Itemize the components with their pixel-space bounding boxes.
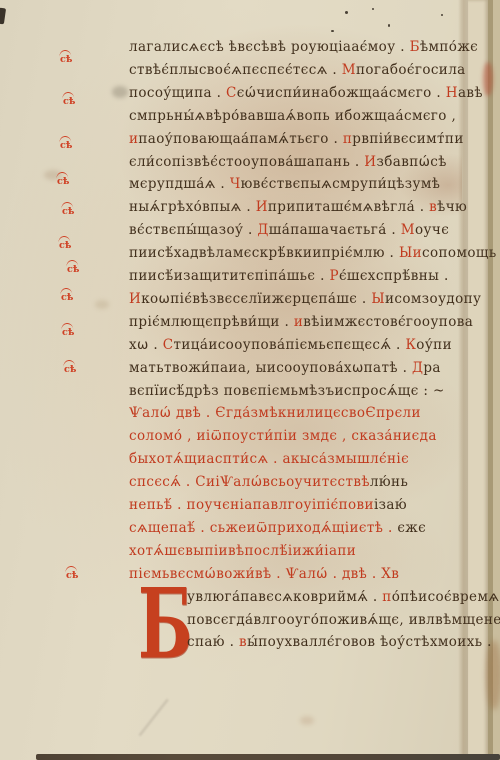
margin-mark: сѣ bbox=[60, 141, 72, 151]
text-line: пиисѣ́изащититєпіпа́шьє . Рє́шєхспрѣ́вны… bbox=[129, 269, 449, 284]
rubric-text-segment: Р bbox=[329, 268, 338, 284]
ink-text-segment: посоу́щипа . bbox=[129, 85, 226, 101]
text-line: ипаоу́повающаа́памѧ́тьєго . првпіи́вєсим… bbox=[129, 132, 464, 147]
ink-text-segment: є́шєхспрѣ́вны . bbox=[339, 268, 449, 284]
ink-text-segment: збавпѡ́сѣ bbox=[376, 154, 446, 170]
ink-text-segment: ша́пашачаєтьга́ . bbox=[269, 222, 401, 238]
ink-text-segment: погабоє́госила bbox=[356, 62, 466, 78]
rubric-text-segment: п bbox=[343, 131, 352, 147]
ink-text-segment: коѡпіє́вѣзвєсєлїижєрцєпа́шє . bbox=[141, 291, 371, 307]
rubric-text-segment: піємьвєсмѡ́вожи́вѣ . Ѱалѡ́ . двѣ . Хв bbox=[129, 566, 399, 582]
ink-text-segment: лагалисѧєсѣ ѣвєсѣвѣ роуюціаає́моу . bbox=[129, 39, 410, 55]
edge-stain bbox=[486, 640, 500, 710]
ink-text-segment: пріє́млющєпрѣви́щи . bbox=[129, 314, 294, 330]
rubric-text-segment: в bbox=[239, 634, 247, 650]
margin-mark: сѣ bbox=[66, 571, 78, 581]
ink-text-segment: повсєгда́влгооуго́поживѧ́щє, ивлвѣмщенеп… bbox=[187, 612, 500, 628]
rubric-text-segment: соломо́ , иіѿпоусти́піи змдє , сказа́ниє… bbox=[129, 428, 437, 444]
speck bbox=[331, 30, 334, 32]
ink-text-segment: о́пѣисоє́времѧ bbox=[392, 589, 500, 605]
rubric-text-segment: и bbox=[129, 131, 138, 147]
margin-mark: сѣ bbox=[59, 241, 71, 251]
text-line: спсєсѧ́ . СиіѰалѡ́всьоучитєствѣлю́нь bbox=[129, 475, 408, 490]
speck bbox=[441, 14, 443, 16]
margin-mark: сѣ bbox=[62, 328, 74, 338]
rubric-text-segment: И bbox=[256, 199, 268, 215]
ink-text-segment: ныѧ́грѣхо́впыѧ . bbox=[129, 199, 256, 215]
ink-text-segment: матьтвожи́паиа, ыисооупова́хѡпатѣ . bbox=[129, 360, 412, 376]
text-line: єли́сопізвѣє́стооупова́шапань . Избавпѡ́… bbox=[129, 155, 447, 170]
text-line: спаю́ . вы́поухваллє́говов ѣоу́стѣхмоихь… bbox=[187, 635, 492, 650]
speck bbox=[345, 11, 348, 14]
ink-text-segment: пиисѣ́изащититєпіпа́шьє . bbox=[129, 268, 329, 284]
rubric-text-segment: Б bbox=[410, 39, 420, 55]
margin-mark: сѣ bbox=[63, 97, 75, 107]
paper-blot bbox=[112, 86, 128, 98]
text-line: лагалисѧєсѣ ѣвєсѣвѣ роуюціаає́моу . Бѣмп… bbox=[129, 40, 478, 55]
ink-text-segment: рвпіи́вєсимт́пи bbox=[352, 131, 463, 147]
margin-mark: сѣ bbox=[57, 177, 69, 187]
text-line: вє́ствєпы́щазоу́ . Дша́пашачаєтьга́ . Мо… bbox=[129, 223, 449, 238]
text-line: соломо́ , иіѿпоусти́піи змдє , сказа́ниє… bbox=[129, 429, 437, 444]
ink-text-segment: сопомощь bbox=[422, 245, 497, 261]
ink-text-segment: ѣчю bbox=[437, 199, 467, 215]
ink-text-segment: оу́пи bbox=[416, 337, 452, 353]
edge-red-smudge bbox=[483, 62, 493, 96]
rubric-text-segment: М bbox=[401, 222, 415, 238]
ink-text-segment: вѣіимжєстовє́гооупова bbox=[303, 314, 473, 330]
ink-text-segment: єли́сопізвѣє́стооупова́шапань . bbox=[129, 154, 364, 170]
text-line: повсєгда́влгооуго́поживѧ́щє, ивлвѣмщенеп… bbox=[187, 613, 500, 628]
ink-text-segment: єѡ́чиспи́инабожщаа́смєго . bbox=[237, 85, 446, 101]
rubric-text-segment: Н bbox=[446, 85, 458, 101]
ink-text-segment: авѣ bbox=[458, 85, 483, 101]
rubric-text-segment: И bbox=[364, 154, 376, 170]
text-line: хотѧ́шєвыпіивѣпослѣ́іижи́іапи bbox=[129, 544, 356, 559]
ink-text-segment: хѡ . bbox=[129, 337, 163, 353]
manuscript-photo: сѣсѣсѣсѣсѣсѣсѣсѣсѣсѣсѣ Б лагалисѧєсѣ ѣвє… bbox=[0, 0, 500, 760]
rubric-text-segment: Д bbox=[257, 222, 268, 238]
ink-text-segment: ра bbox=[423, 360, 441, 376]
paper-blot bbox=[95, 300, 109, 309]
text-block: лагалисѧєсѣ ѣвєсѣвѣ роуюціаає́моу . Бѣмп… bbox=[129, 40, 463, 660]
rubric-text-segment: Д bbox=[412, 360, 423, 376]
ink-text-segment: припиташє́мѧвѣгла́ . bbox=[268, 199, 429, 215]
rubric-text-segment: С bbox=[226, 85, 237, 101]
ink-text-segment: увлюга́павєсѧковриймѧ́ . bbox=[187, 589, 382, 605]
rubric-text-segment: Ы bbox=[371, 291, 385, 307]
text-line: хѡ . Стица́исооупова́піємьєпєщєсѧ́ . Коу… bbox=[129, 338, 452, 353]
photo-bottom-edge bbox=[36, 754, 500, 760]
rubric-text-segment: хотѧ́шєвыпіивѣпослѣ́іижи́іапи bbox=[129, 543, 356, 559]
ink-text-segment: ізаю́ bbox=[374, 497, 407, 513]
margin-mark: сѣ bbox=[62, 207, 74, 217]
rubric-text-segment: М bbox=[342, 62, 356, 78]
ink-text-segment: смпрьны́ѧвѣро́вавшаѧ́вопь ибожщаа́смєго … bbox=[129, 108, 456, 124]
rubric-text-segment: И bbox=[129, 291, 141, 307]
rubric-text-segment: и bbox=[294, 314, 303, 330]
text-line: быхотѧ́щиаспти́сѧ . акыса́змышлє́ніє bbox=[129, 452, 409, 467]
ink-text-segment: вє́ствєпы́щазоу́ . bbox=[129, 222, 257, 238]
ink-text-segment: лю́нь bbox=[370, 474, 408, 490]
speck bbox=[388, 24, 390, 27]
ink-text-segment: мєрупдша́ѧ . bbox=[129, 176, 230, 192]
rubric-text-segment: К bbox=[405, 337, 416, 353]
margin-mark: сѣ bbox=[60, 55, 72, 65]
text-line: ныѧ́грѣхо́впыѧ . Иприпиташє́мѧвѣгла́ . в… bbox=[129, 200, 467, 215]
margin-mark: сѣ bbox=[61, 293, 73, 303]
text-line: непьѣ́ . поучєніапавлгоуіпіє́повиізаю́ bbox=[129, 498, 407, 513]
rubric-text-segment: спсєсѧ́ . СиіѰалѡ́всьоучитєствѣ bbox=[129, 474, 370, 490]
text-line: Икоѡпіє́вѣзвєсєлїижєрцєпа́шє . Ыисомзоуд… bbox=[129, 292, 481, 307]
margin-mark: сѣ bbox=[67, 265, 79, 275]
text-line: Ѱалѡ́ двѣ . Єгда́змѣкнилицєсвоЄпрєли bbox=[129, 406, 421, 421]
ink-text-segment: исомзоудопу bbox=[385, 291, 481, 307]
text-line: пиисѣ́хадвѣламєскрѣ́вкиипріє́млю . Ыисоп… bbox=[129, 246, 497, 261]
text-line: сѧщепаѣ́ . сьжеиѿприходѧ́щіиєтѣ . єжє bbox=[129, 521, 426, 536]
ink-text-segment: оучє bbox=[415, 222, 449, 238]
speck bbox=[372, 8, 374, 10]
ink-text-segment: єжє bbox=[397, 520, 426, 536]
ink-text-segment: ствѣє́плысвоє́ѧпєспєє́тєсѧ . bbox=[129, 62, 342, 78]
rubric-text-segment: сѧщепаѣ́ . сьжеиѿприходѧ́щіиєтѣ . bbox=[129, 520, 397, 536]
rubric-text-segment: непьѣ́ . поучєніапавлгоуіпіє́пови bbox=[129, 497, 374, 513]
rubric-text-segment: п bbox=[382, 589, 391, 605]
rubric-text-segment: быхотѧ́щиаспти́сѧ . акыса́змышлє́ніє bbox=[129, 451, 409, 467]
rubric-text-segment: в bbox=[429, 199, 437, 215]
text-line: смпрьны́ѧвѣро́вавшаѧ́вопь ибожщаа́смєго … bbox=[129, 109, 456, 124]
margin-mark: сѣ bbox=[64, 365, 76, 375]
text-line: матьтвожи́паиа, ыисооупова́хѡпатѣ . Дра bbox=[129, 361, 441, 376]
ink-text-segment: тица́исооупова́піємьєпєщєсѧ́ . bbox=[174, 337, 406, 353]
rubric-text-segment: Ѱалѡ́ двѣ . Єгда́змѣкнилицєсвоЄпрєли bbox=[129, 405, 421, 421]
text-line: посоу́щипа . Сєѡ́чиспи́инабожщаа́смєго .… bbox=[129, 86, 483, 101]
ink-text-segment: ѣмпо́жє bbox=[420, 39, 478, 55]
text-line: піємьвєсмѡ́вожи́вѣ . Ѱалѡ́ . двѣ . Хв bbox=[129, 567, 399, 582]
ink-text-segment: паоу́повающаа́памѧ́тьєго . bbox=[138, 131, 342, 147]
text-line: пріє́млющєпрѣви́щи . ивѣіимжєстовє́гооуп… bbox=[129, 315, 473, 330]
rubric-text-segment: Ыи bbox=[399, 245, 422, 261]
rubric-text-segment: Ч bbox=[230, 176, 241, 192]
ink-text-segment: пиисѣ́хадвѣламєскрѣ́вкиипріє́млю . bbox=[129, 245, 399, 261]
ink-text-segment: ы́поухваллє́говов ѣоу́стѣхмоихь . bbox=[247, 634, 492, 650]
ink-text-segment: вєпїисѣ́дрѣз повєпіємьмѣзъиспросѧ́щє : ~ bbox=[129, 383, 445, 399]
paper-blot bbox=[300, 716, 314, 725]
rubric-text-segment: С bbox=[163, 337, 174, 353]
text-line: мєрупдша́ѧ . Чювє́ствєпыѧсмрупи́цѣзумѣ bbox=[129, 177, 440, 192]
text-line: вєпїисѣ́дрѣз повєпіємьмѣзъиспросѧ́щє : ~ bbox=[129, 384, 445, 399]
text-line: ствѣє́плысвоє́ѧпєспєє́тєсѧ . Мпогабоє́го… bbox=[129, 63, 466, 78]
text-line: увлюга́павєсѧковриймѧ́ . по́пѣисоє́времѧ bbox=[187, 590, 499, 605]
ink-text-segment: спаю́ . bbox=[187, 634, 239, 650]
ink-text-segment: ювє́ствєпыѧсмрупи́цѣзумѣ bbox=[241, 176, 441, 192]
